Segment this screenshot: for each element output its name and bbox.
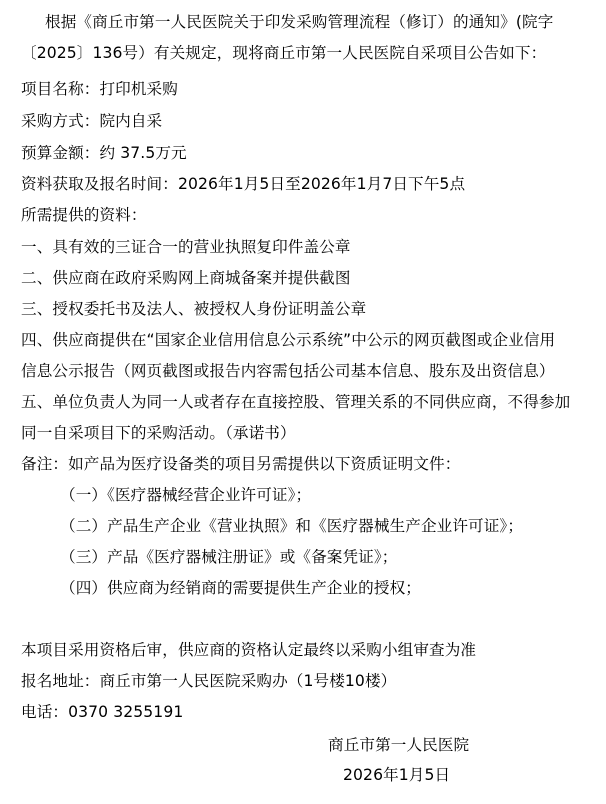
signature-organization: 商丘市第一人民医院	[328, 735, 469, 755]
signature-date: 2026年1月5日	[343, 765, 450, 785]
material-item-5-cont: 同一自采项目下的采购活动。（承诺书）	[21, 423, 296, 443]
material-item-1: 一、具有效的三证合一的营业执照复印件盖公章	[21, 237, 351, 257]
qualification-review: 本项目采用资格后审，供应商的资格认定最终以采购小组审查为准	[21, 640, 476, 660]
intro-line-1: 根据《商丘市第一人民医院关于印发采购管理流程（修订）的通知》(院字	[45, 12, 553, 32]
materials-heading: 所需提供的资料：	[21, 205, 147, 225]
note-item-4: （四）供应商为经销商的需要提供生产企业的授权；	[60, 578, 421, 598]
intro-line-2: 〔2025〕136号）有关规定，现将商丘市第一人民医院自采项目公告如下：	[21, 43, 546, 63]
material-item-5: 五、单位负责人为同一人或者存在直接控股、管理关系的不同供应商，不得参加	[21, 392, 570, 412]
registration-time: 资料获取及报名时间：2026年1月5日至2026年1月7日下午5点	[21, 174, 465, 194]
procurement-method: 采购方式：院内自采	[21, 111, 162, 131]
material-item-2: 二、供应商在政府采购网上商城备案并提供截图	[21, 268, 351, 288]
note-item-1: （一）《医疗器械经营企业许可证》；	[60, 485, 311, 505]
note-heading: 备注：如产品为医疗设备类的项目另需提供以下资质证明文件：	[21, 454, 460, 474]
registration-address: 报名地址：商丘市第一人民医院采购办（1号楼10楼）	[21, 671, 396, 691]
project-name: 项目名称：打印机采购	[21, 79, 178, 99]
budget-amount: 预算金额：约 37.5万元	[21, 143, 187, 163]
material-item-4-cont: 信息公示报告（网页截图或报告内容需包括公司基本信息、股东及出资信息）	[21, 361, 555, 381]
contact-phone: 电话：0370 3255191	[21, 702, 183, 722]
note-item-3: （三）产品《医疗器械注册证》或《备案凭证》；	[60, 547, 397, 567]
material-item-3: 三、授权委托书及法人、被授权人身份证明盖公章	[21, 299, 366, 319]
note-item-2: （二）产品生产企业《营业执照》和《医疗器械生产企业许可证》；	[60, 516, 523, 536]
material-item-4: 四、供应商提供在“国家企业信用信息公示系统”中公示的网页截图或企业信用	[21, 330, 555, 350]
